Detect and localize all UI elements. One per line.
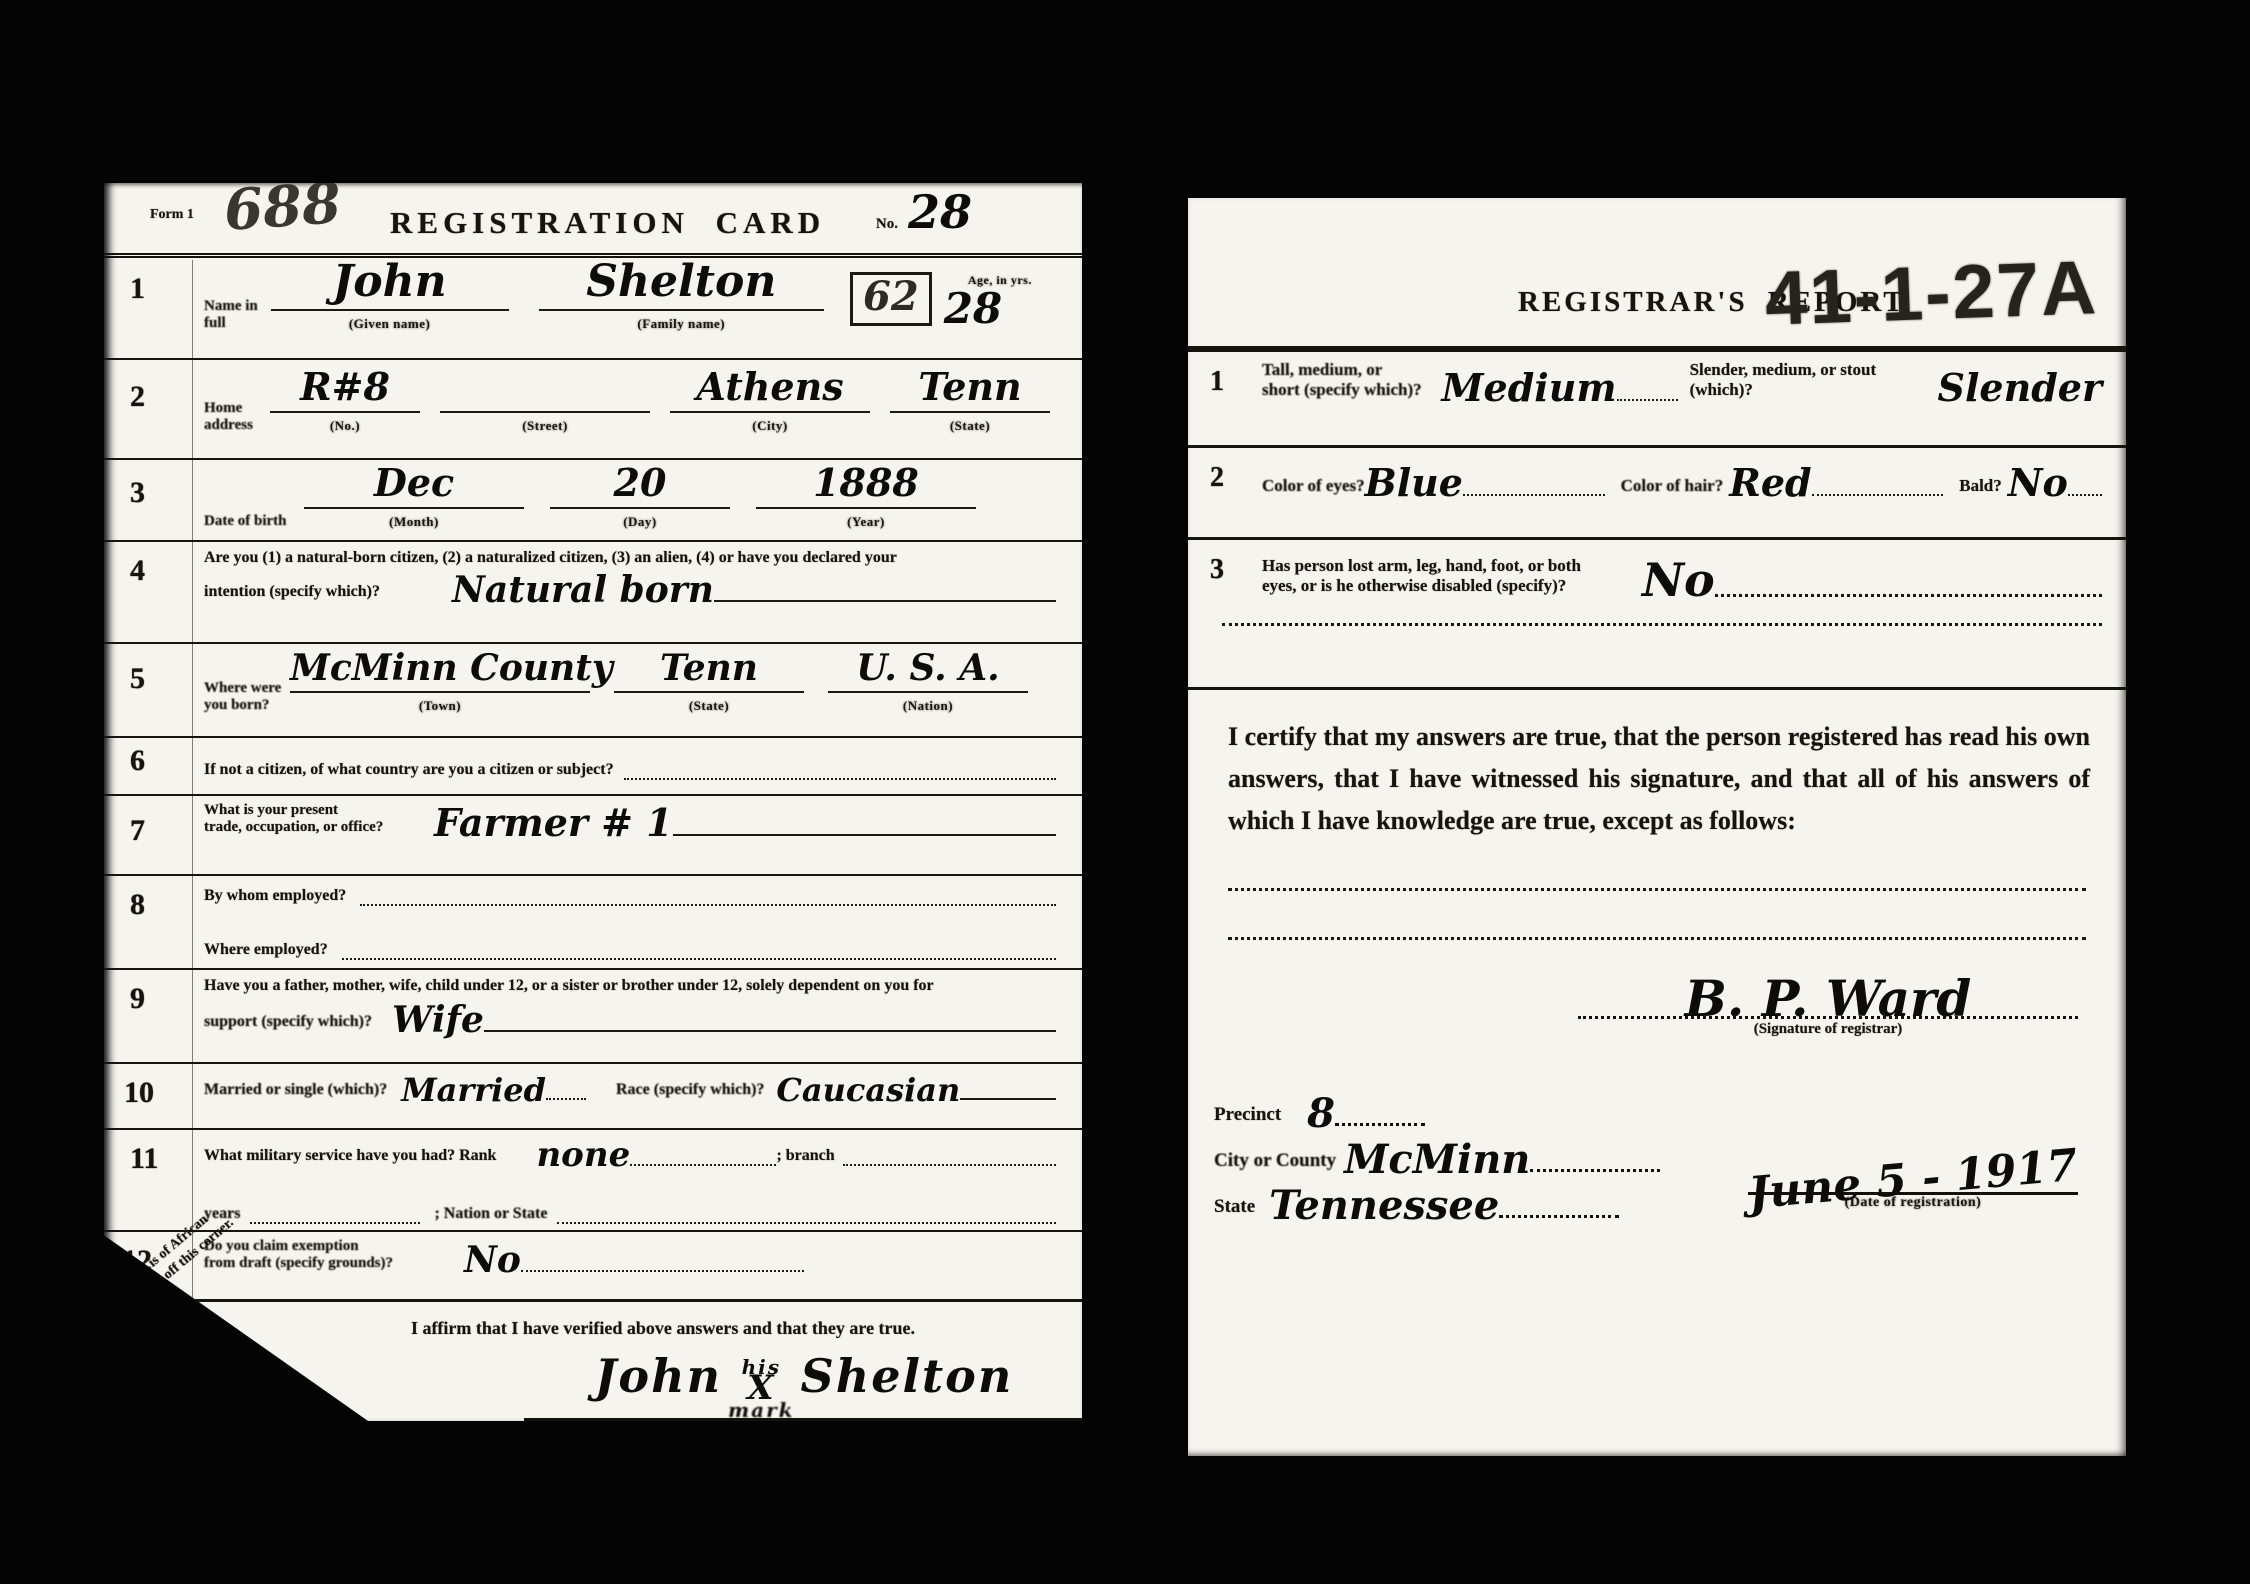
birth-month-label: (Month)	[304, 514, 524, 530]
row-military-service: 11 What military service have you had? R…	[104, 1130, 1082, 1232]
family-name-label: (Family name)	[539, 316, 825, 332]
registrar-signature-block: B. P. Ward (Signature of registrar)	[1578, 974, 2078, 1038]
family-name-value: Shelton	[539, 260, 825, 304]
row-number: 5	[130, 662, 145, 696]
card-title: REGISTRATION CARD	[390, 205, 825, 241]
registration-card: Form 1 688 REGISTRATION CARD No. 28 1 Na…	[104, 183, 1082, 1421]
disability-question: Has person lost arm, leg, hand, foot, or…	[1262, 556, 1642, 597]
citizenship-question-line1: Are you (1) a natural-born citizen, (2) …	[204, 549, 897, 566]
height-question: Tall, medium, orshort (specify which)?	[1262, 360, 1441, 401]
hair-answer: Red	[1729, 464, 1811, 502]
registrars-report-card: REGISTRAR'S REPORT 41-1-27A 1 Tall, medi…	[1188, 198, 2126, 1456]
birthplace-question: Where wereyou born?	[204, 680, 290, 714]
birth-day-field: 20 (Day)	[550, 464, 730, 530]
county-field: McMinn	[1336, 1140, 1660, 1172]
age-field: Age, in yrs. 28	[944, 273, 1056, 330]
row-eyes-hair: 2 Color of eyes? Blue Color of hair? Red…	[1188, 448, 2126, 540]
military-rank-field: none	[496, 1138, 776, 1166]
dependents-question-line1: Have you a father, mother, wife, child u…	[204, 977, 934, 994]
birth-month-value: Dec	[304, 464, 524, 502]
occupation-answer-field: Farmer # 1	[414, 804, 1056, 836]
home-address-question: Home address	[204, 400, 270, 434]
row-number: 6	[130, 744, 145, 778]
row-employer: 8 By whom employed? Where employed?	[104, 876, 1082, 970]
county-value: McMinn	[1344, 1140, 1530, 1180]
row-dependents: 9 Have you a father, mother, wife, child…	[104, 970, 1082, 1064]
row-number: 8	[130, 888, 145, 922]
registrant-signature: JohnhisXmarkShelton	[524, 1353, 1084, 1421]
row-number: 9	[130, 982, 145, 1016]
hair-question: Color of hair?	[1621, 476, 1724, 496]
exemption-question: Do you claim exemptionfrom draft (specif…	[204, 1238, 444, 1272]
dependents-question-line2: support (specify which)?	[204, 1012, 372, 1032]
race-question: Race (specify which)?	[616, 1080, 764, 1100]
row-number: 2	[1210, 462, 1224, 494]
registration-rows: 1 Name in full John (Given name) Shelton…	[104, 260, 1082, 1302]
registration-card-header: Form 1 688 REGISTRATION CARD No. 28	[104, 183, 1082, 258]
birthplace-nation-label: (Nation)	[828, 698, 1028, 714]
row-number: 3	[1210, 554, 1224, 586]
signature-last-name: Shelton	[801, 1349, 1014, 1403]
birthplace-town-field: McMinn County (Town)	[290, 650, 590, 714]
signature-first-name: John	[595, 1349, 722, 1403]
card-number: No. 28	[876, 189, 972, 235]
build-question: Slender, medium, or stout (which)?	[1690, 360, 1930, 401]
race-answer: Caucasian	[776, 1074, 960, 1106]
birthplace-town-label: (Town)	[290, 698, 590, 714]
row-name: 1 Name in full John (Given name) Shelton…	[104, 260, 1082, 360]
precinct-row: Precinct 8	[1214, 1094, 2126, 1126]
signature-x-mark: hisXmark	[728, 1359, 795, 1418]
row-number: 1	[1210, 366, 1224, 398]
registration-footer: I affirm that I have verified above answ…	[104, 1302, 1082, 1437]
employer-question: By whom employed?	[204, 886, 346, 906]
build-answer-field: Slender	[1930, 369, 2102, 401]
signature-label: (Signature or mark)	[524, 1421, 1084, 1437]
exemption-answer-field: No	[444, 1242, 804, 1272]
row-exemption: 12 Do you claim exemptionfrom draft (spe…	[104, 1232, 1082, 1302]
occupation-answer: Farmer # 1	[434, 804, 673, 842]
age-value: 28	[944, 284, 1002, 333]
registration-date-block: June 5 - 1917 (Date of registration)	[1748, 1158, 2078, 1211]
row-number: 4	[130, 554, 145, 588]
stamp-box: 62	[850, 272, 932, 326]
given-name-label: (Given name)	[271, 316, 509, 332]
row-date-of-birth: 3 Date of birth Dec (Month) 20 (Day) 188…	[104, 464, 1082, 542]
address-city-label: (City)	[670, 418, 870, 434]
registration-location-block: Precinct 8 City or County McMinn State T…	[1188, 1094, 2126, 1218]
married-answer-field: Married	[387, 1074, 586, 1100]
married-answer: Married	[401, 1074, 546, 1106]
name-question: Name in full	[204, 298, 271, 332]
hair-answer-field: Red	[1723, 464, 1943, 496]
serial-number-handwritten: 688	[222, 175, 343, 239]
birthplace-state-value: Tenn	[614, 650, 804, 686]
blank-dotted-line	[1228, 888, 2086, 891]
row-birthplace: 5 Where wereyou born? McMinn County (Tow…	[104, 650, 1082, 738]
citizenship-question-line2: intention (specify which)?	[204, 582, 380, 602]
address-street-label: (Street)	[440, 418, 650, 434]
birthplace-nation-field: U. S. A. (Nation)	[828, 650, 1028, 714]
address-city-value: Athens	[670, 368, 870, 406]
citizenship-answer: Natural born	[452, 572, 714, 608]
where-employed-question: Where employed?	[204, 940, 328, 960]
address-no-field: R#8 (No.)	[270, 368, 420, 434]
eyes-answer-field: Blue	[1365, 464, 1605, 496]
bald-question: Bald?	[1959, 476, 2002, 496]
race-answer-field: Caucasian	[764, 1074, 1056, 1100]
foreign-citizen-question: If not a citizen, of what country are yo…	[204, 760, 614, 780]
row-disability: 3 Has person lost arm, leg, hand, foot, …	[1188, 540, 2126, 690]
state-value: Tennessee	[1269, 1186, 1499, 1226]
given-name-value: John	[271, 260, 509, 304]
row-married-race: 10 Married or single (which)? Married Ra…	[104, 1064, 1082, 1130]
eyes-answer: Blue	[1365, 464, 1463, 502]
birth-year-field: 1888 (Year)	[756, 464, 976, 530]
row-number: 1	[130, 272, 145, 306]
bald-answer-field: No	[2002, 464, 2102, 496]
height-answer: Medium	[1441, 369, 1616, 407]
row-build: 1 Tall, medium, orshort (specify which)?…	[1188, 352, 2126, 448]
birthplace-town-value: McMinn County	[290, 650, 590, 686]
dependents-answer-field: Wife	[382, 1002, 1056, 1032]
birth-year-label: (Year)	[756, 514, 976, 530]
blank-dotted-line	[1222, 623, 2102, 626]
address-city-field: Athens (City)	[670, 368, 870, 434]
birth-day-value: 20	[550, 464, 730, 502]
bald-answer: No	[2008, 464, 2068, 502]
given-name-field: John (Given name)	[271, 260, 509, 332]
address-state-field: Tenn (State)	[890, 368, 1050, 434]
citizenship-answer-field: Natural born	[392, 572, 1056, 602]
disability-answer: No	[1642, 557, 1715, 603]
married-question: Married or single (which)?	[204, 1080, 387, 1100]
disability-answer-field: No	[1642, 557, 2102, 597]
row-foreign-citizen: 6 If not a citizen, of what country are …	[104, 738, 1082, 796]
state-field: Tennessee	[1255, 1186, 1619, 1218]
birthplace-state-field: Tenn (State)	[614, 650, 804, 714]
stamp-box-value: 62	[863, 273, 919, 320]
address-street-field: (Street)	[440, 368, 650, 434]
row-number: 11	[130, 1142, 158, 1176]
registrars-report-header: REGISTRAR'S REPORT 41-1-27A	[1188, 198, 2126, 352]
row-number: 7	[130, 814, 145, 848]
occupation-question: What is your presenttrade, occupation, o…	[204, 802, 414, 836]
row-number: 3	[130, 476, 145, 510]
row-number: 10	[124, 1076, 154, 1110]
military-branch-label: ; branch	[776, 1146, 834, 1166]
row-home-address: 2 Home address R#8 (No.) (Street) Athens…	[104, 368, 1082, 460]
family-name-field: Shelton (Family name)	[539, 260, 825, 332]
birth-question: Date of birth	[204, 513, 304, 530]
address-no-value: R#8	[270, 368, 420, 406]
precinct-label: Precinct	[1214, 1104, 1281, 1126]
military-rank-answer: none	[536, 1138, 630, 1172]
registrar-signature: B. P. Ward	[1685, 969, 1972, 1028]
birth-day-label: (Day)	[550, 514, 730, 530]
birthplace-state-label: (State)	[614, 698, 804, 714]
row-citizenship: 4 Are you (1) a natural-born citizen, (2…	[104, 542, 1082, 644]
address-state-label: (State)	[890, 418, 1050, 434]
state-label: State	[1214, 1196, 1255, 1218]
affirmation-text: I affirm that I have verified above answ…	[314, 1318, 1012, 1339]
card-number-value: 28	[908, 185, 972, 239]
form-number-label: Form 1	[150, 207, 194, 223]
scan-background: { "left_card": { "form_label": "Form 1",…	[0, 0, 2250, 1584]
birthplace-nation-value: U. S. A.	[828, 650, 1028, 686]
military-question: What military service have you had? Rank	[204, 1146, 496, 1166]
row-number: 2	[130, 380, 145, 414]
district-stamp: 41-1-27A	[1764, 244, 2100, 343]
row-occupation: 7 What is your presenttrade, occupation,…	[104, 802, 1082, 876]
build-answer: Slender	[1938, 369, 2102, 407]
birth-month-field: Dec (Month)	[304, 464, 524, 530]
precinct-value: 8	[1307, 1094, 1335, 1134]
dependents-answer: Wife	[392, 1002, 484, 1038]
height-answer-field: Medium	[1441, 369, 1677, 401]
exemption-answer: No	[464, 1242, 521, 1278]
card-number-label: No.	[876, 216, 898, 232]
military-nation-label: ; Nation or State	[434, 1204, 547, 1224]
address-state-value: Tenn	[890, 368, 1050, 406]
eyes-question: Color of eyes?	[1262, 476, 1365, 496]
registrar-signature-label: (Signature of registrar)	[1578, 1021, 2078, 1038]
blank-dotted-line	[1228, 937, 2086, 940]
birth-year-value: 1888	[756, 464, 976, 502]
address-no-label: (No.)	[270, 418, 420, 434]
certification-text: I certify that my answers are true, that…	[1188, 690, 2126, 842]
precinct-field: 8	[1281, 1094, 1425, 1126]
county-label: City or County	[1214, 1150, 1336, 1172]
